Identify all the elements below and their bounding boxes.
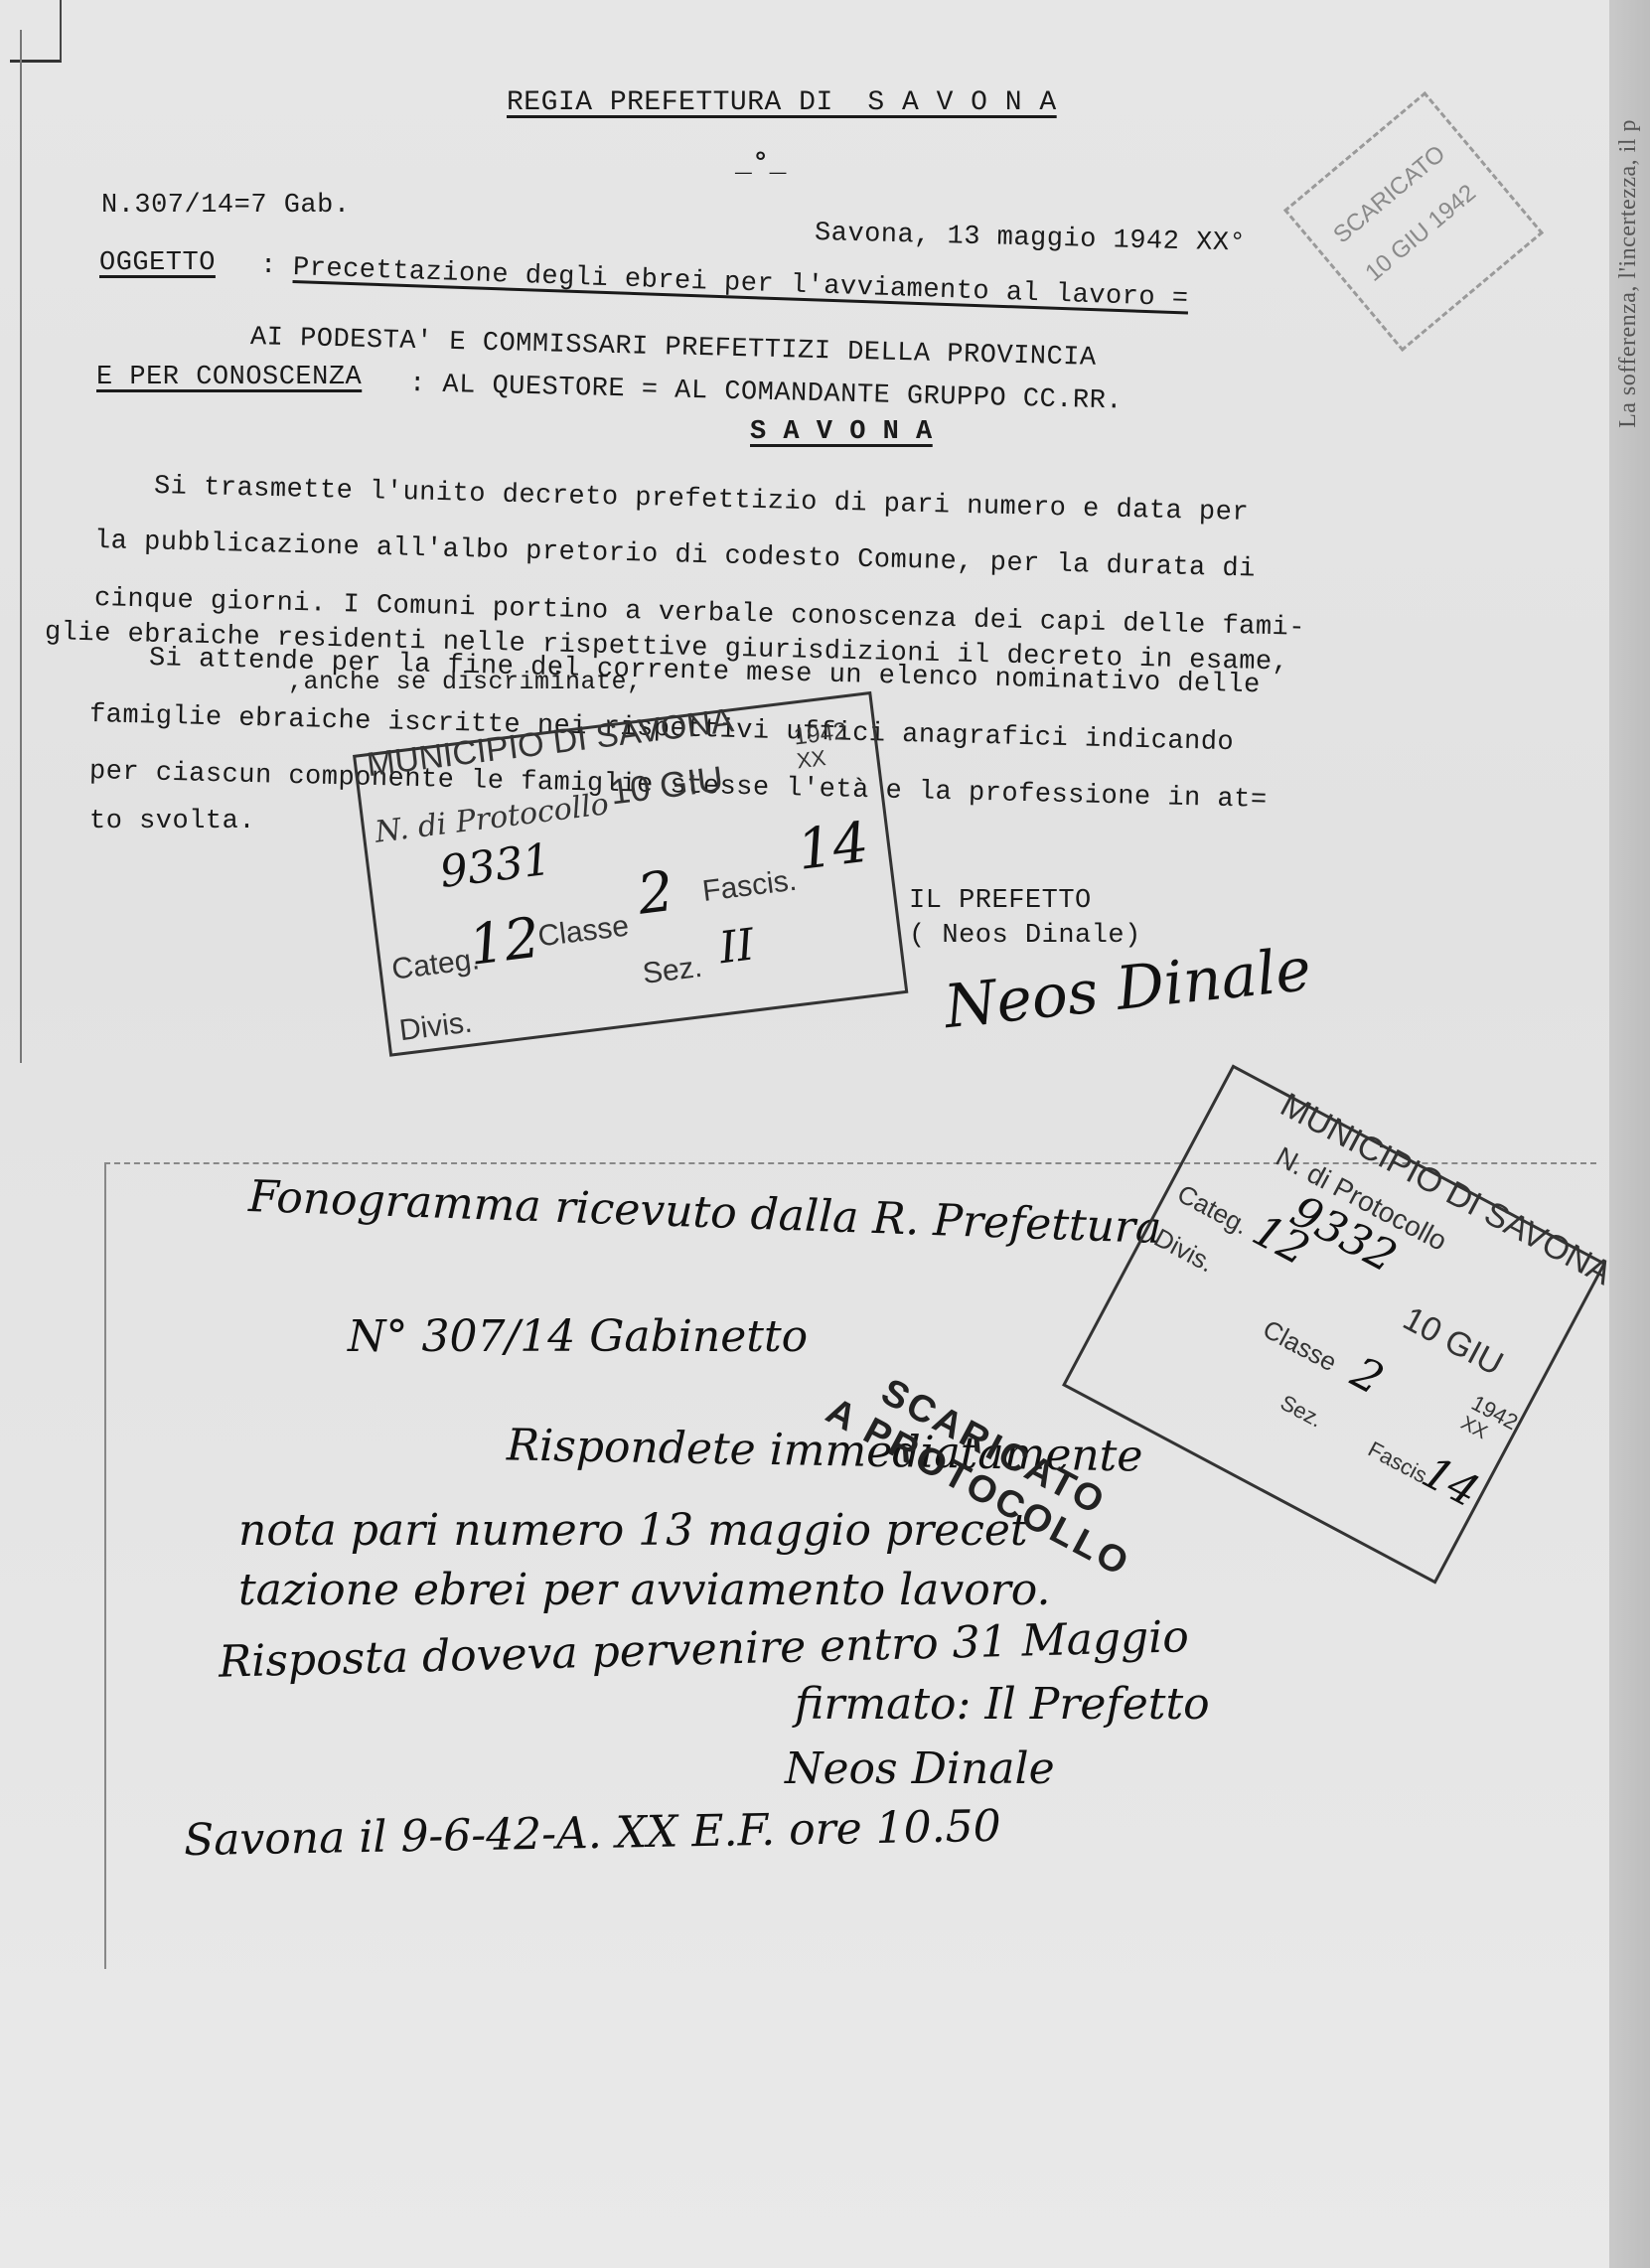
stamp-sezione-value: II [716, 919, 757, 974]
fonogramma-line: nota pari numero 13 maggio precet [238, 1505, 1028, 1556]
fonogramma-line: firmato: Il Prefetto [795, 1679, 1210, 1730]
stamp-classe-label: Classe [536, 910, 631, 955]
stamp-sezione-label: Sez. [641, 951, 704, 991]
stamp-protocol-value: 9331 [437, 834, 553, 898]
stamp2-classe-value: 2 [1343, 1347, 1392, 1405]
stamp-date-value: 10 GIU [608, 758, 725, 814]
stamp-classe-value: 2 [634, 859, 676, 928]
fonogramma-line: N° 307/14 Gabinetto [348, 1311, 808, 1362]
book-margin: La sofferenza, l'incertezza, il p [1609, 0, 1650, 2268]
protocol-number: N.307/14=7 Gab. [101, 191, 351, 221]
stamp2-divisione-label: Divis. [1149, 1222, 1220, 1279]
subject-label: OGGETTO [99, 248, 216, 278]
body-line: to svolta. [89, 807, 255, 836]
heading-mark: _°_ [735, 149, 787, 180]
body-insertion: ,anche se discriminate, [288, 668, 643, 696]
stamp-categoria-value: 12 [465, 906, 543, 979]
stamp-fascicolo-label: Fascis. [700, 864, 798, 909]
stamp2-fascicolo-value: 14 [1414, 1446, 1486, 1517]
stamp-fascicolo-value: 14 [794, 811, 872, 883]
fonogramma-signature: Neos Dinale [785, 1743, 1055, 1794]
signature-name: ( Neos Dinale) [909, 921, 1141, 951]
signature-title: IL PREFETTO [909, 886, 1092, 916]
recipients-city: S A V O N A [750, 417, 933, 447]
fonogramma-line: tazione ebrei per avviamento lavoro. [238, 1565, 1050, 1615]
stamp2-date-value: 10 GIU [1397, 1299, 1509, 1384]
stamp-era: XX [796, 745, 827, 774]
letter-heading: REGIA PREFETTURA DI S A V O N A [507, 87, 1057, 118]
document-page: REGIA PREFETTURA DI S A V O N A _°_ N.30… [0, 0, 1609, 2268]
stamp2-sezione-label: Sez. [1275, 1390, 1326, 1434]
subject-sep: : [260, 251, 277, 281]
stamp-divisione-label: Divis. [397, 1006, 474, 1049]
stamp-categoria-label: Categ. [390, 943, 482, 987]
stamp2-classe-label: Classe [1258, 1313, 1342, 1378]
cc-label: E PER CONOSCENZA [96, 363, 362, 392]
side-caption: La sofferenza, l'incertezza, il p [1615, 119, 1642, 428]
municipio-stamp-1: MUNICIPIO DI SAVONA N. di Protocollo 10 … [353, 691, 908, 1057]
stamp2-categoria-label: Categ. [1172, 1178, 1254, 1241]
